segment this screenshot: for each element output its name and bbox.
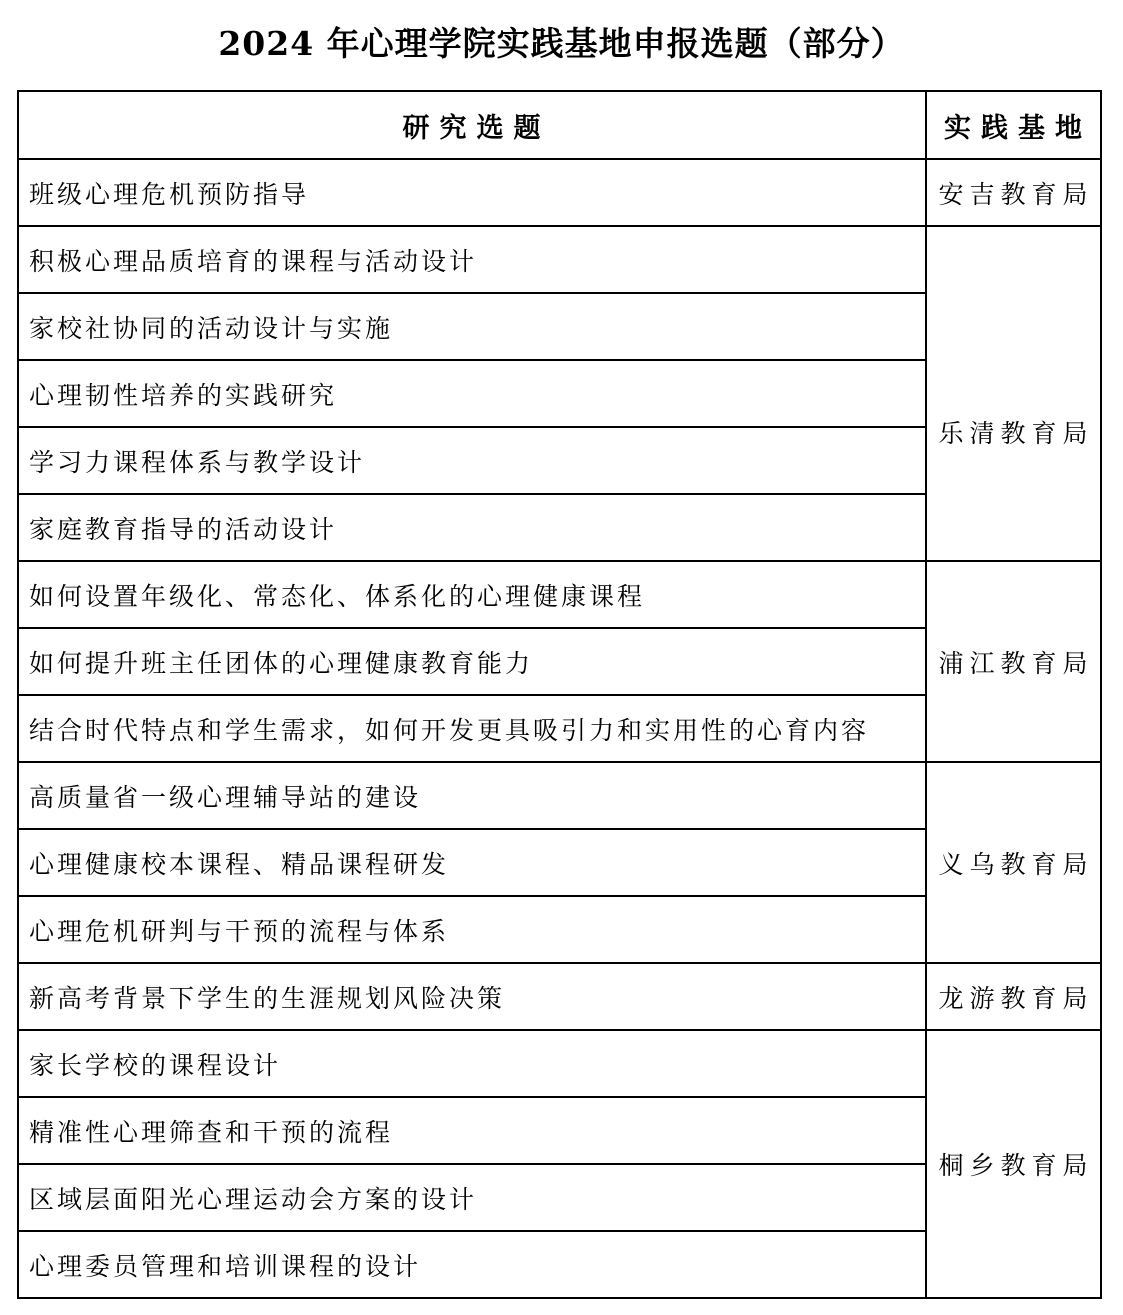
research-topic-cell: 如何提升班主任团体的心理健康教育能力 (18, 628, 926, 695)
table-row: 如何设置年级化、常态化、体系化的心理健康课程浦江教育局 (18, 561, 1101, 628)
research-topic-cell: 心理危机研判与干预的流程与体系 (18, 896, 926, 963)
table-row: 家长学校的课程设计桐乡教育局 (18, 1030, 1101, 1097)
table-row: 积极心理品质培育的课程与活动设计乐清教育局 (18, 226, 1101, 293)
research-topic-cell: 如何设置年级化、常态化、体系化的心理健康课程 (18, 561, 926, 628)
research-topic-cell: 结合时代特点和学生需求，如何开发更具吸引力和实用性的心育内容 (18, 695, 926, 762)
table-body: 班级心理危机预防指导安吉教育局积极心理品质培育的课程与活动设计乐清教育局家校社协… (18, 159, 1101, 1298)
research-topic-cell: 心理韧性培养的实践研究 (18, 360, 926, 427)
research-topic-cell: 积极心理品质培育的课程与活动设计 (18, 226, 926, 293)
research-topic-cell: 区域层面阳光心理运动会方案的设计 (18, 1164, 926, 1231)
research-topic-cell: 学习力课程体系与教学设计 (18, 427, 926, 494)
practice-base-cell: 浦江教育局 (926, 561, 1101, 762)
document-page: 2024 年心理学院实践基地申报选题（部分） 研究选题 实践基地 班级心理危机预… (0, 0, 1123, 1299)
research-topic-cell: 家庭教育指导的活动设计 (18, 494, 926, 561)
page-title: 2024 年心理学院实践基地申报选题（部分） (0, 0, 1123, 66)
research-topic-cell: 精准性心理筛查和干预的流程 (18, 1097, 926, 1164)
research-topic-cell: 高质量省一级心理辅导站的建设 (18, 762, 926, 829)
research-topic-cell: 班级心理危机预防指导 (18, 159, 926, 226)
practice-base-cell: 龙游教育局 (926, 963, 1101, 1030)
research-topic-cell: 家校社协同的活动设计与实施 (18, 293, 926, 360)
table-row: 班级心理危机预防指导安吉教育局 (18, 159, 1101, 226)
practice-base-cell: 乐清教育局 (926, 226, 1101, 561)
practice-base-cell: 桐乡教育局 (926, 1030, 1101, 1298)
header-research-topic: 研究选题 (18, 91, 926, 159)
research-topic-cell: 心理委员管理和培训课程的设计 (18, 1231, 926, 1298)
practice-base-cell: 安吉教育局 (926, 159, 1101, 226)
topics-table: 研究选题 实践基地 班级心理危机预防指导安吉教育局积极心理品质培育的课程与活动设… (17, 90, 1102, 1299)
header-row: 研究选题 实践基地 (18, 91, 1101, 159)
research-topic-cell: 家长学校的课程设计 (18, 1030, 926, 1097)
practice-base-cell: 义乌教育局 (926, 762, 1101, 963)
research-topic-cell: 心理健康校本课程、精品课程研发 (18, 829, 926, 896)
research-topic-cell: 新高考背景下学生的生涯规划风险决策 (18, 963, 926, 1030)
header-practice-base: 实践基地 (926, 91, 1101, 159)
table-row: 高质量省一级心理辅导站的建设义乌教育局 (18, 762, 1101, 829)
table-header: 研究选题 实践基地 (18, 91, 1101, 159)
table-row: 新高考背景下学生的生涯规划风险决策龙游教育局 (18, 963, 1101, 1030)
